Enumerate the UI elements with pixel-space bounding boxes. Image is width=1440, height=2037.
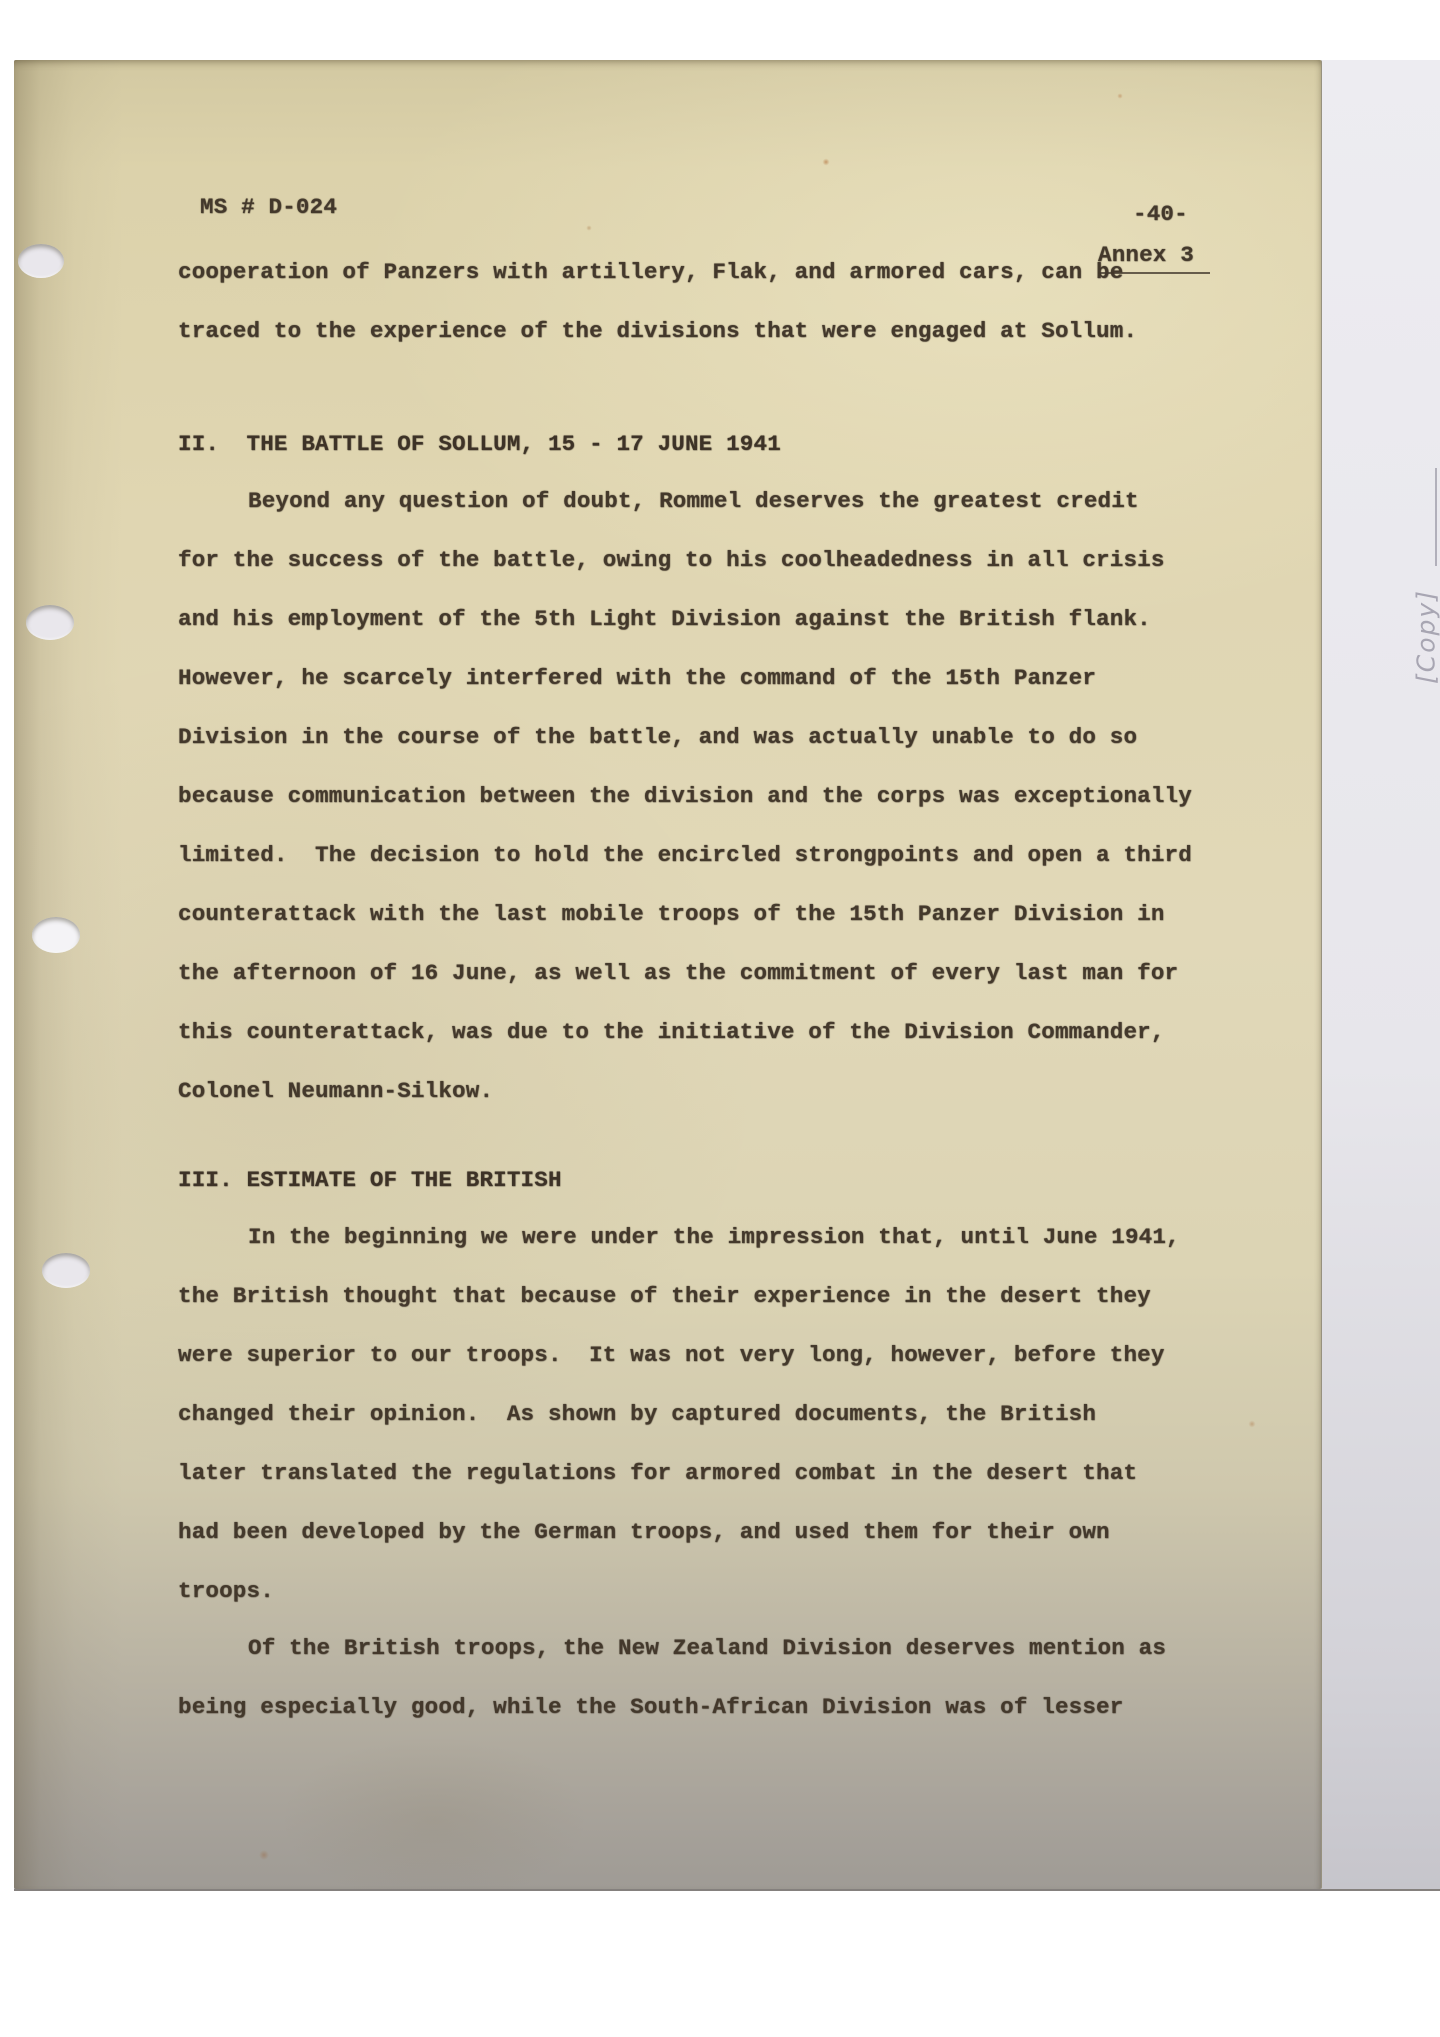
text-line: because communication between the divisi… xyxy=(178,782,1192,810)
text-line: limited. The decision to hold the encirc… xyxy=(178,841,1192,869)
text-line: In the beginning we were under the impre… xyxy=(248,1223,1180,1251)
section-heading: II. THE BATTLE OF SOLLUM, 15 - 17 JUNE 1… xyxy=(178,430,781,458)
text-line: had been developed by the German troops,… xyxy=(178,1518,1110,1546)
text-line: the afternoon of 16 June, as well as the… xyxy=(178,959,1178,987)
text-line: counterattack with the last mobile troop… xyxy=(178,900,1165,928)
text-line: and his employment of the 5th Light Divi… xyxy=(178,605,1151,633)
page-number: -40- xyxy=(1133,200,1188,228)
text-line: this counterattack, was due to the initi… xyxy=(178,1018,1165,1046)
text-line: later translated the regulations for arm… xyxy=(178,1459,1137,1487)
text-line: the British thought that because of thei… xyxy=(178,1282,1151,1310)
text-line: being especially good, while the South-A… xyxy=(178,1693,1123,1721)
text-line: traced to the experience of the division… xyxy=(178,317,1137,345)
text-line: cooperation of Panzers with artillery, F… xyxy=(178,258,1123,286)
text-line: for the success of the battle, owing to … xyxy=(178,546,1165,574)
text-line: changed their opinion. As shown by captu… xyxy=(178,1400,1096,1428)
text-line: Division in the course of the battle, an… xyxy=(178,723,1137,751)
text-line: were superior to our troops. It was not … xyxy=(178,1341,1165,1369)
text-layer: MS # D-024 -40- Annex 3 cooperation of P… xyxy=(0,0,1440,2037)
text-line: Of the British troops, the New Zealand D… xyxy=(248,1634,1166,1662)
screenshot-root: { "document_meta": { "header_left": "MS … xyxy=(0,0,1440,2037)
section-heading: III. ESTIMATE OF THE BRITISH xyxy=(178,1166,562,1194)
text-line: Beyond any question of doubt, Rommel des… xyxy=(248,487,1139,515)
manuscript-number: MS # D-024 xyxy=(200,193,337,221)
text-line: troops. xyxy=(178,1577,274,1605)
text-line: However, he scarcely interfered with the… xyxy=(178,664,1096,692)
text-line: Colonel Neumann-Silkow. xyxy=(178,1077,493,1105)
